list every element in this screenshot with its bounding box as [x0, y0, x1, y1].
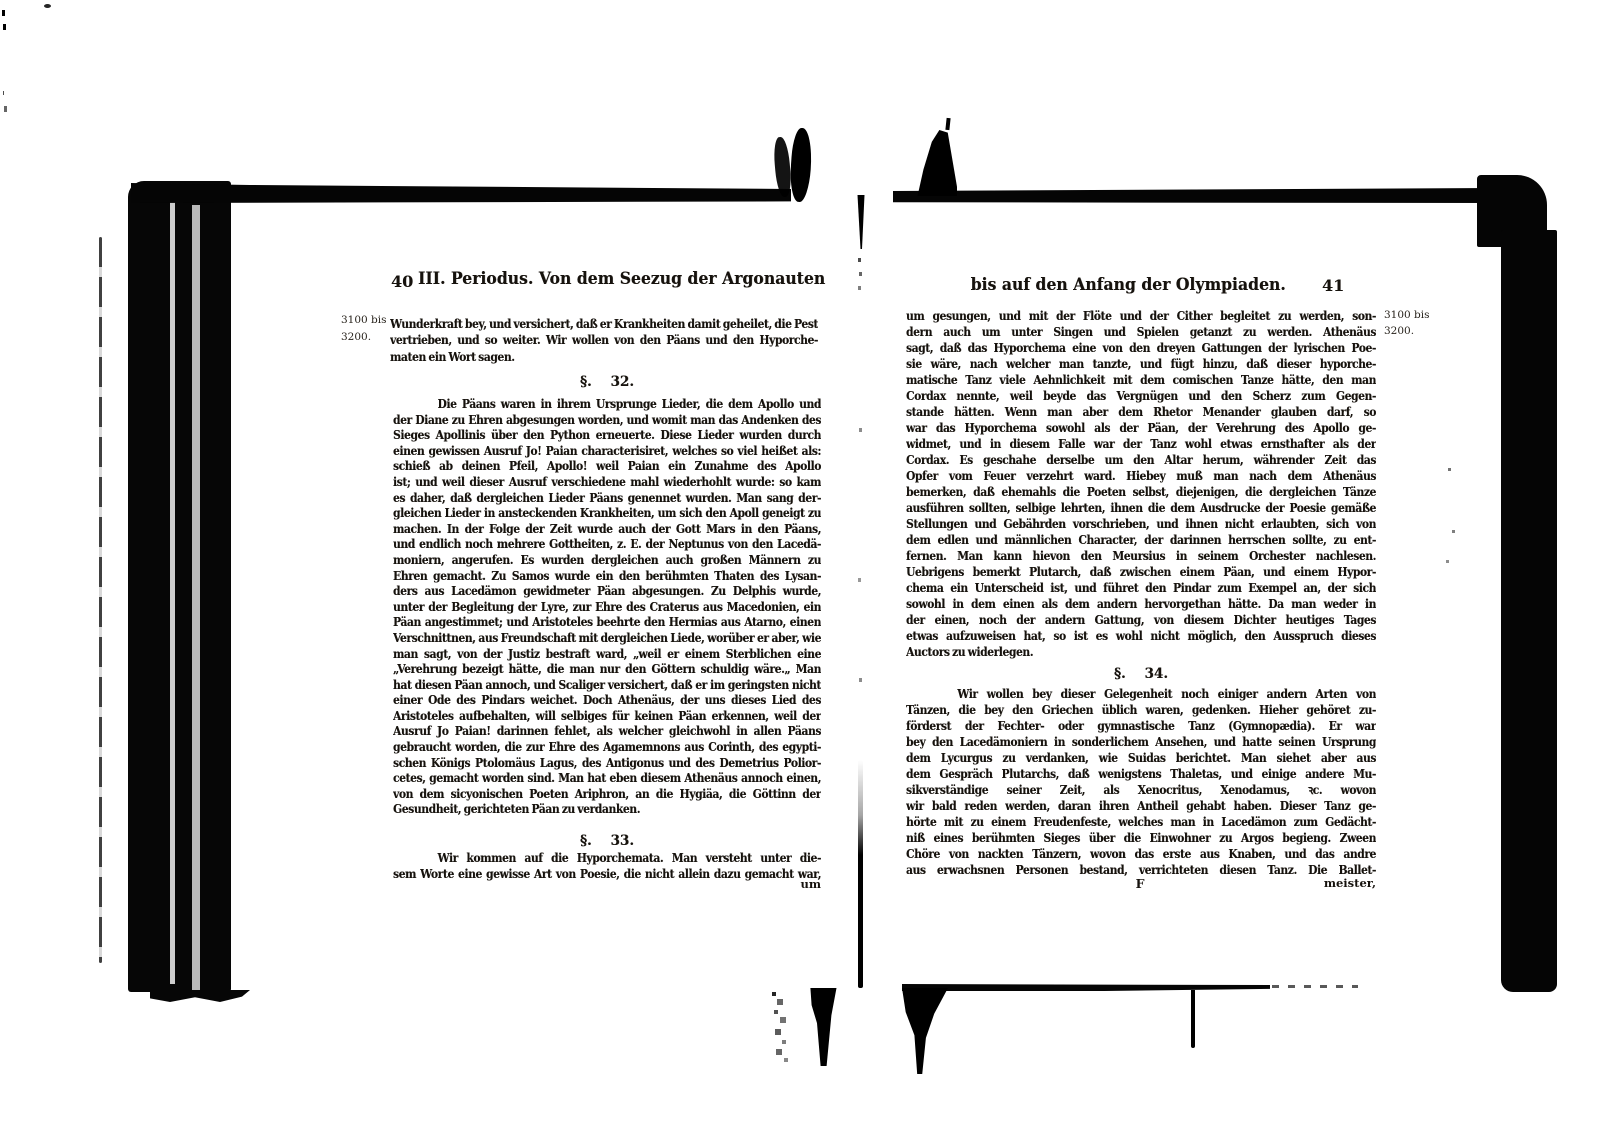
- running-header-right: bis auf den Anfang der Olympiaden.: [971, 275, 1284, 295]
- text-line: Chöre von nackten Tänzern, wovon das ers…: [906, 846, 1376, 862]
- text-line: um gesungen, und mit der Flöte und der C…: [906, 308, 1376, 324]
- text-line: Wunderkraft bey, und versichert, daß er …: [390, 316, 818, 332]
- text-line: Auctors zu widerlegen.: [906, 644, 1376, 660]
- text-line: chema ein Unterscheid ist, und führet de…: [906, 580, 1376, 596]
- ink-drip: [1191, 990, 1195, 1048]
- ink-speckles: [2, 10, 5, 16]
- ink-smudge: [772, 136, 792, 197]
- text-line: dem edlen und männlichen Character, der …: [906, 532, 1376, 548]
- text-line: dem Gespräch Plutarchs, daß wenigstens T…: [906, 766, 1376, 782]
- text-line: vertrieben, und so weiter. Wir wollen vo…: [390, 332, 818, 348]
- text-line: hörte mit zu einem Freudenfeste, welches…: [906, 814, 1376, 830]
- scan-edge-bottom-dashes: [1272, 985, 1358, 988]
- ink-smudge: [788, 127, 813, 202]
- text-line: Verschnittnen, aus Freundschaft mit derg…: [393, 630, 821, 646]
- running-header-left: III. Periodus. Von dem Seezug der Argona…: [418, 269, 786, 289]
- text-line: etwas aufzuweisen hat, so ist es wohl ni…: [906, 628, 1376, 644]
- text-line: fernen. Man kann hievon den Meursius in …: [906, 548, 1376, 564]
- ink-speck: [945, 118, 950, 130]
- text-line: der Diane zu Ehren abgesungen worden, un…: [393, 412, 821, 428]
- text-line: gebraucht worden, die zur Ehre des Agame…: [393, 739, 821, 755]
- text-line: einen gewissen Ausruf Jo! Paian characte…: [393, 443, 821, 459]
- text-line: bemerken, daß ehemahls die Poeten selbst…: [906, 484, 1376, 500]
- text-line: unter der Begleitung der Lyre, zur Ehre …: [393, 599, 821, 615]
- section-heading-32: §. 32.: [393, 374, 821, 390]
- scan-edge-left-bar-tail: [150, 990, 250, 1002]
- text-line: dem Lycurgus zu verdanken, wie Suidas be…: [906, 750, 1376, 766]
- text-line: Opfer vom Feuer verzehrt ward. Hiebey mu…: [906, 468, 1376, 484]
- paragraph-cont-right: um gesungen, und mit der Flöte und der C…: [906, 308, 1376, 660]
- text-line: man sagt, von der Justiz bestraft ward, …: [393, 646, 821, 662]
- text-line: einer Ode des Pindars weichet. Doch Athe…: [393, 692, 821, 708]
- scan-edge-bottom-bar-right: [902, 984, 1270, 991]
- text-line: ausführen sollten, selbige lehrten, ihne…: [906, 500, 1376, 516]
- text-line: widmet, und in diesem Falle war der Tanz…: [906, 436, 1376, 452]
- text-line: maten ein Wort sagen.: [390, 349, 818, 365]
- text-line: niß eines berühmten Sieges über die Einw…: [906, 830, 1376, 846]
- text-line: bey den Lacedämoniern in sonderlichem An…: [906, 734, 1376, 750]
- text-line: Die Päans waren in ihrem Ursprunge Liede…: [393, 396, 821, 412]
- text-line: hat diesen Päan annoch, und Scaliger ver…: [393, 677, 821, 693]
- text-line: Cordax nennte, weil beyde das Vergnügen …: [906, 388, 1376, 404]
- text-line: schen Königs Ptolomäus Lagus, des Antigo…: [393, 755, 821, 771]
- margin-note-line: 3100 bis: [1384, 307, 1444, 323]
- text-line: und endlich noch mehrere Gottheiten, z. …: [393, 536, 821, 552]
- ink-speckles: [1448, 468, 1451, 471]
- text-line: sie wäre, nach welcher man tanzte, und f…: [906, 356, 1376, 372]
- text-line: matische Tanz viele Aehnlichkeit mit dem…: [906, 372, 1376, 388]
- gutter-shadow-line: [858, 760, 863, 988]
- text-line: schieß ab deinen Pfeil, Apollo! weil Pai…: [393, 458, 821, 474]
- catchword-right: meister,: [946, 876, 1376, 890]
- margin-note-right: 3100 bis 3200.: [1384, 307, 1444, 339]
- text-line: sowohl in dem einen als dem andern hervo…: [906, 596, 1376, 612]
- text-line: Wir kommen auf die Hyporchemata. Man ver…: [393, 850, 821, 866]
- book-scan: 40 III. Periodus. Von dem Seezug der Arg…: [0, 0, 1600, 1121]
- ink-smudge: [902, 988, 948, 1074]
- text-line: „Verehrung bezeigt hätte, die man nur de…: [393, 661, 821, 677]
- paragraph-32: Die Päans waren in ihrem Ursprunge Liede…: [393, 396, 821, 817]
- text-line: wir bald reden werden, daran ihren Anthe…: [906, 798, 1376, 814]
- margin-note-line: 3200.: [1384, 323, 1444, 339]
- text-line: Cordax. Es geschahe derselbe um den Alta…: [906, 452, 1376, 468]
- text-line: ders aus Lacedämon gewidmeter Päan abges…: [393, 583, 821, 599]
- page-number-left: 40: [391, 272, 413, 291]
- text-line: moniern, angerufen. Es wurden dergleiche…: [393, 552, 821, 568]
- text-line: Ehren gemacht. Zu Samos wurde ein den be…: [393, 568, 821, 584]
- gutter-shadow-mark: [856, 195, 866, 249]
- catchword-left: um: [393, 877, 821, 891]
- scan-edge-left-bar: [128, 181, 231, 992]
- section-heading-34: §. 34.: [906, 666, 1376, 682]
- gutter-shadow-dots: [858, 258, 861, 262]
- text-line: Aristoteles aufbehalten, will selbiges f…: [393, 708, 821, 724]
- scan-edge-right-bar: [1501, 230, 1557, 992]
- text-line: Uebrigens bemerkt Plutarch, daß zwischen…: [906, 564, 1376, 580]
- text-line: es daher, daß dergleichen Lieder Päans g…: [393, 490, 821, 506]
- ink-speck: [44, 4, 51, 8]
- text-line: Päan angestimmet; und Aristoteles beehrt…: [393, 614, 821, 630]
- text-line: Gesundheit, gerichteten Päan zu verdanke…: [393, 801, 821, 817]
- text-line: Stellungen und Gebährden vorschrieben, u…: [906, 516, 1376, 532]
- text-line: ist; und weil dieser Ausruf verschiedene…: [393, 474, 821, 490]
- scan-fold-line: [99, 237, 102, 963]
- text-line: Tänzen, die bey den Griechen üblich ware…: [906, 702, 1376, 718]
- text-line: der einen, noch der andern Gattung, von …: [906, 612, 1376, 628]
- paragraph-intro-left: Wunderkraft bey, und versichert, daß er …: [390, 316, 818, 365]
- ink-smudge: [915, 130, 957, 196]
- text-line: förderst der Fechter- oder gymnastische …: [906, 718, 1376, 734]
- text-line: Ausruf Jo Paian! darinnen fehlet, als we…: [393, 723, 821, 739]
- text-line: von dem sicyonischen Poeten Ariphron, an…: [393, 786, 821, 802]
- text-line: Sieges Apollinis über den Python erneuer…: [393, 427, 821, 443]
- scan-white-streak: [192, 205, 200, 992]
- section-heading-33: §. 33.: [393, 833, 821, 849]
- paragraph-34: Wir wollen bey dieser Gelegenheit noch e…: [906, 686, 1376, 878]
- scan-edge-top-bar-left: [131, 183, 791, 203]
- text-line: sikverständige seiner Zeit, als Xenocrit…: [906, 782, 1376, 798]
- text-line: machen. In der Folge der Zeit wurde auch…: [393, 521, 821, 537]
- text-line: cetes, gemacht worden sind. Man hat eben…: [393, 770, 821, 786]
- text-line: war das Hyporchema sowohl als der Päan, …: [906, 420, 1376, 436]
- text-line: dern auch um unter Singen und Spielen ge…: [906, 324, 1376, 340]
- ink-speckles: [772, 992, 776, 996]
- text-line: Wir wollen bey dieser Gelegenheit noch e…: [906, 686, 1376, 702]
- scan-edge-top-bar-right: [893, 188, 1493, 203]
- text-line: sagt, daß das Hyporchema eine von den dr…: [906, 340, 1376, 356]
- ink-smudge: [808, 988, 838, 1066]
- scan-white-streak: [170, 197, 175, 984]
- text-line: stande hätten. Wenn man aber dem Rhetor …: [906, 404, 1376, 420]
- text-line: gleichen Lieder in ansteckenden Krankhei…: [393, 505, 821, 521]
- page-number-right: 41: [1322, 276, 1344, 295]
